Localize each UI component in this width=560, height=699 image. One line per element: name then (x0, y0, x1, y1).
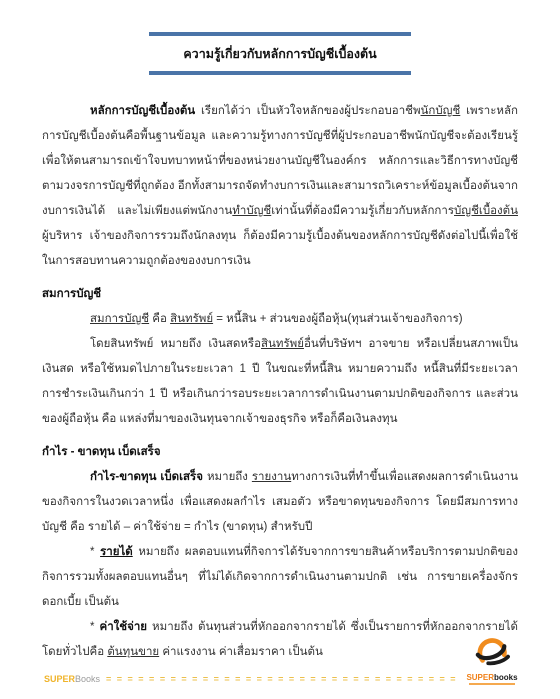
footer-dashed-divider: = = = = = = = = = = = = = = = = = = = = … (106, 673, 458, 685)
footer-logo-block: SUPERbooks (464, 634, 520, 685)
page-title: ความรู้เกี่ยวกับหลักการบัญชีเบื้องต้น (149, 36, 411, 71)
equation-term: สมการบัญชี (90, 313, 149, 325)
section-heading-profit-loss: กำไร - ขาดทุน เบ็ดเสร็จ (42, 440, 518, 465)
intro-underlined-bookkeeper: ทำบัญชี (232, 205, 271, 217)
intro-underlined-accountant: นักบัญชี (421, 105, 461, 117)
equation-body-paragraph: โดยสินทรัพย์ หมายถึง เงินสดหรือสินทรัพย์… (42, 332, 518, 432)
income-term: รายได้ (100, 546, 133, 558)
intro-underlined-basic-accounting: บัญชีเบื้องต้น (454, 205, 518, 217)
section-heading-accounting-equation: สมการบัญชี (42, 282, 518, 307)
expense-term: ค่าใช้จ่าย (100, 621, 148, 633)
title-bottom-rule (149, 71, 411, 75)
superbooks-swoosh-icon (473, 634, 511, 673)
bullet-asterisk: * (90, 546, 100, 558)
intro-paragraph: หลักการบัญชีเบื้องต้น เรียกได้ว่า เป็นหั… (42, 99, 518, 274)
profit-loss-paragraph: กำไร-ขาดทุน เบ็ดเสร็จ หมายถึง รายงานทางก… (42, 465, 518, 540)
intro-text: เรียกได้ว่า เป็นหัวใจหลักของผู้ประกอบอาช… (195, 105, 420, 117)
equation-body-underlined-assets: สินทรัพย์ (261, 338, 304, 350)
intro-text: เพราะหลักการบัญชีเบื้องต้นคือพื้นฐานข้อม… (42, 105, 518, 217)
footer-brand-left-books: Books (75, 674, 100, 684)
equation-text: = หนี้สิน + ส่วนของผู้ถือหุ้น(ทุนส่วนเจ้… (213, 313, 463, 325)
footer-brand-right-books: books (494, 673, 518, 682)
income-definition-paragraph: * รายได้ หมายถึง ผลตอบแทนที่กิจการได้รับ… (42, 540, 518, 615)
equation-body-text: อื่นที่บริษัทฯ อาจขาย หรือเปลี่ยนสภาพเป็… (42, 338, 518, 425)
footer-brand-left-super: SUPER (44, 674, 75, 684)
bullet-asterisk: * (90, 621, 100, 633)
profit-loss-underlined-report: รายงาน (252, 471, 291, 483)
footer-brand-right-underline (469, 683, 515, 685)
document-page: ความรู้เกี่ยวกับหลักการบัญชีเบื้องต้น หล… (0, 0, 560, 699)
intro-term: หลักการบัญชีเบื้องต้น (90, 105, 195, 117)
equation-text: คือ (149, 313, 170, 325)
equation-line: สมการบัญชี คือ สินทรัพย์ = หนี้สิน + ส่ว… (42, 307, 518, 332)
equation-body-text: โดยสินทรัพย์ หมายถึง เงินสดหรือ (90, 338, 261, 350)
equation-assets-term: สินทรัพย์ (170, 313, 213, 325)
page-footer: SUPERBooks = = = = = = = = = = = = = = =… (0, 634, 560, 685)
title-box: ความรู้เกี่ยวกับหลักการบัญชีเบื้องต้น (149, 32, 411, 75)
profit-loss-term: กำไร-ขาดทุน เบ็ดเสร็จ (90, 471, 203, 483)
footer-brand-right-super: SUPER (466, 673, 494, 682)
document-body: หลักการบัญชีเบื้องต้น เรียกได้ว่า เป็นหั… (0, 99, 560, 665)
intro-text: เท่านั้นที่ต้องมีความรู้เกี่ยวกับหลักการ (271, 205, 454, 217)
footer-brand-right: SUPERbooks (466, 673, 517, 682)
profit-loss-text: หมายถึง (203, 471, 252, 483)
intro-text: ผู้บริหาร เจ้าของกิจการรวมถึงนักลงทุน ก็… (42, 230, 518, 267)
footer-brand-left: SUPERBooks (44, 673, 100, 685)
